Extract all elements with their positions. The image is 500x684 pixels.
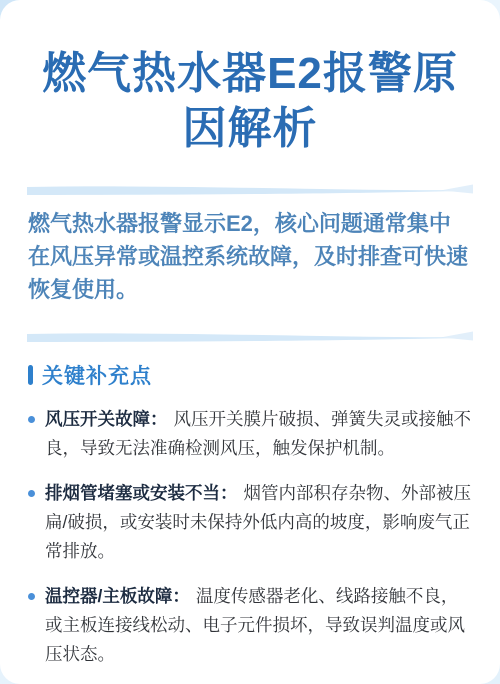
bullet-text: 温控器/主板故障：温度传感器老化、线路接触不良，或主板连接线松动、电子元件损坏，… <box>45 582 472 669</box>
bullet-dot <box>28 593 35 600</box>
ribbon-shape <box>27 330 473 344</box>
page-title: 燃气热水器E2报警原因解析 <box>24 46 476 157</box>
section-title: 关键补充点 <box>42 360 152 390</box>
ribbon-shape <box>27 183 473 197</box>
divider-ribbon-bottom <box>27 330 473 344</box>
list-item: 风压开关故障：风压开关膜片破损、弹簧失灵或接触不良，导致无法准确检测风压，触发保… <box>28 405 472 463</box>
intro-paragraph: 燃气热水器报警显示E2，核心问题通常集中在风压异常或温控系统故障，及时排查可快速… <box>28 207 472 306</box>
list-item: 排烟管堵塞或安装不当：烟管内部积存杂物、外部被压扁/破损，或安装时未保持外低内高… <box>28 479 472 566</box>
divider-ribbon-top <box>27 183 473 197</box>
bullet-lead: 温控器/主板故障： <box>45 586 190 606</box>
bullet-text: 风压开关故障：风压开关膜片破损、弹簧失灵或接触不良，导致无法准确检测风压，触发保… <box>45 405 472 463</box>
section-header: 关键补充点 <box>28 360 500 390</box>
list-item: 温控器/主板故障：温度传感器老化、线路接触不良，或主板连接线松动、电子元件损坏，… <box>28 582 472 669</box>
bullet-lead: 排烟管堵塞或安装不当： <box>45 483 238 503</box>
bullet-dot <box>28 490 35 497</box>
bullet-dot <box>28 416 35 423</box>
accent-bar <box>28 365 33 385</box>
bullet-lead: 风压开关故障： <box>45 409 168 429</box>
bullet-text: 排烟管堵塞或安装不当：烟管内部积存杂物、外部被压扁/破损，或安装时未保持外低内高… <box>45 479 472 566</box>
bullet-list: 风压开关故障：风压开关膜片破损、弹簧失灵或接触不良，导致无法准确检测风压，触发保… <box>28 405 472 669</box>
content-card: 燃气热水器E2报警原因解析 燃气热水器报警显示E2，核心问题通常集中在风压异常或… <box>0 0 500 684</box>
